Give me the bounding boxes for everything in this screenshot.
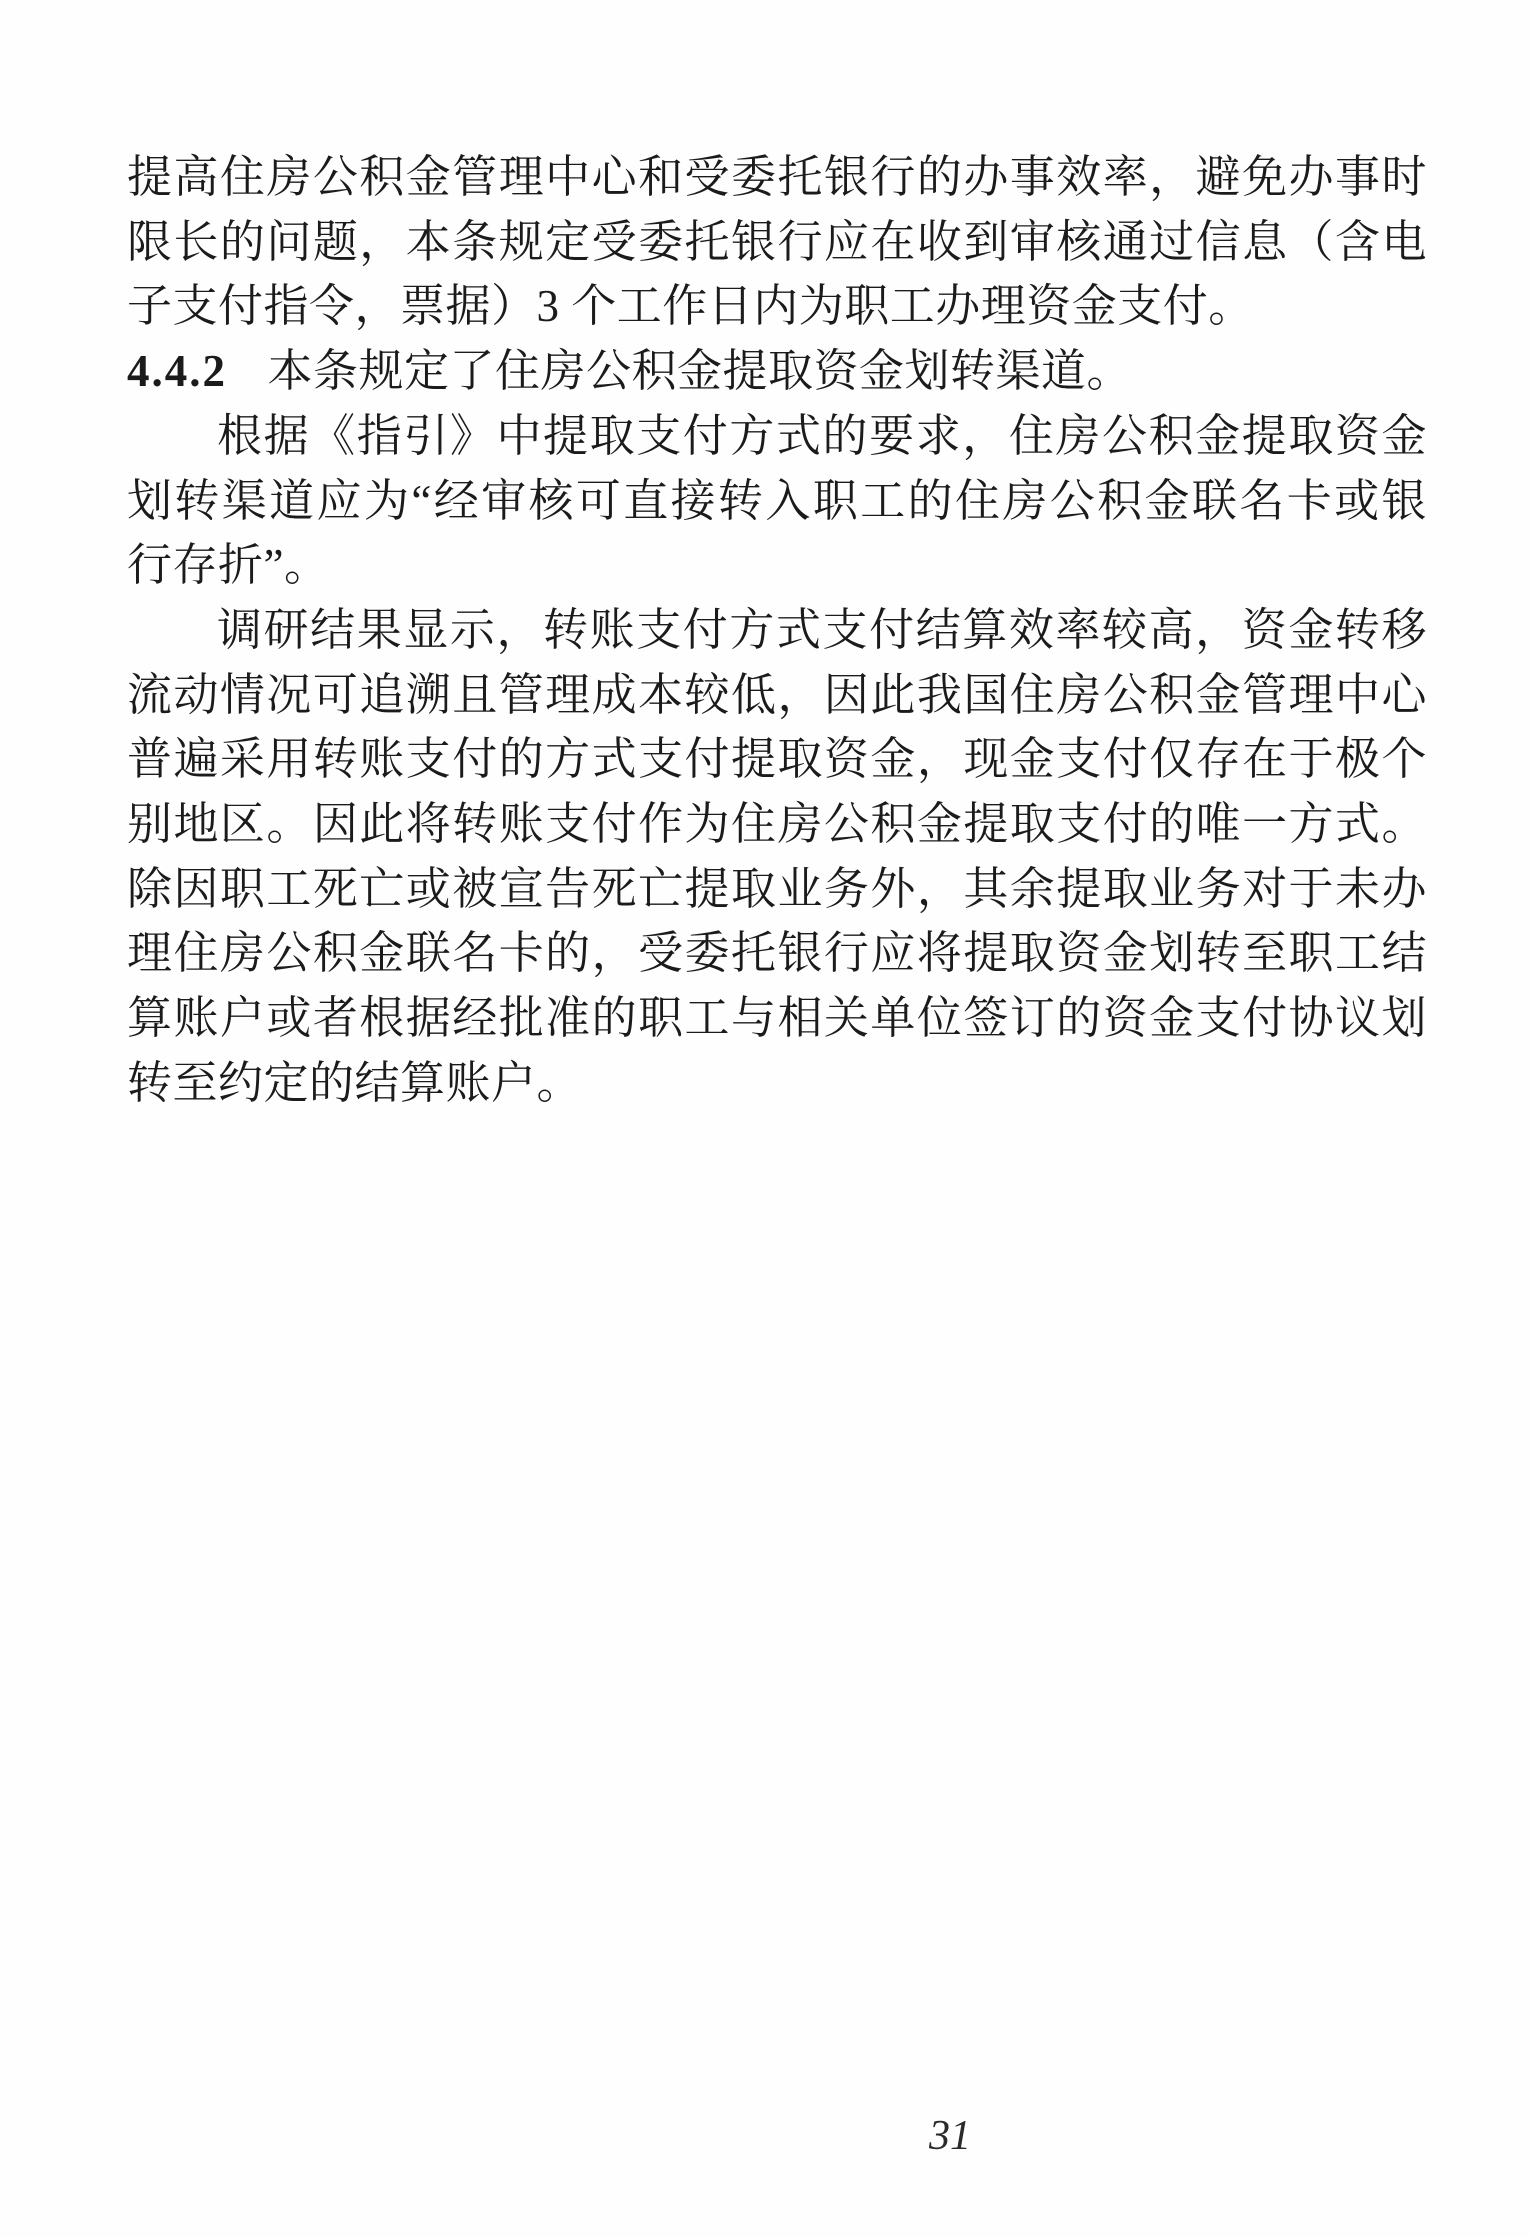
text-line: 除因职工死亡或被宣告死亡提取业务外，其余提取业务对于未办 xyxy=(127,857,1427,922)
text-line: 流动情况可追溯且管理成本较低，因此我国住房公积金管理中心 xyxy=(127,663,1427,728)
text-line: 普遍采用转账支付的方式支付提取资金，现金支付仅存在于极个 xyxy=(127,727,1427,792)
text-line: 根据《指引》中提取支付方式的要求，住房公积金提取资金 xyxy=(127,404,1427,469)
page-number: 31 xyxy=(905,2112,995,2160)
text-line: 算账户或者根据经批准的职工与相关单位签订的资金支付协议划 xyxy=(127,986,1427,1051)
body-text-block: 提高住房公积金管理中心和受委托银行的办事效率，避免办事时 限长的问题，本条规定受… xyxy=(127,145,1427,1116)
text-line: 子支付指令，票据）3 个工作日内为职工办理资金支付。 xyxy=(127,274,1427,339)
text-line: 行存折”。 xyxy=(127,533,1427,598)
clause-line: 4.4.2本条规定了住房公积金提取资金划转渠道。 xyxy=(127,339,1427,404)
document-page: 提高住房公积金管理中心和受委托银行的办事效率，避免办事时 限长的问题，本条规定受… xyxy=(0,0,1530,2237)
text-line: 划转渠道应为“经审核可直接转入职工的住房公积金联名卡或银 xyxy=(127,469,1427,534)
text-line: 调研结果显示，转账支付方式支付结算效率较高，资金转移 xyxy=(127,598,1427,663)
text-line: 转至约定的结算账户。 xyxy=(127,1051,1427,1116)
clause-number: 4.4.2 xyxy=(127,346,227,396)
text-line: 限长的问题，本条规定受委托银行应在收到审核通过信息（含电 xyxy=(127,210,1427,275)
text-line: 别地区。因此将转账支付作为住房公积金提取支付的唯一方式。 xyxy=(127,792,1427,857)
text-line: 理住房公积金联名卡的，受委托银行应将提取资金划转至职工结 xyxy=(127,921,1427,986)
text-line: 提高住房公积金管理中心和受委托银行的办事效率，避免办事时 xyxy=(127,145,1427,210)
clause-text: 本条规定了住房公积金提取资金划转渠道。 xyxy=(268,346,1133,396)
